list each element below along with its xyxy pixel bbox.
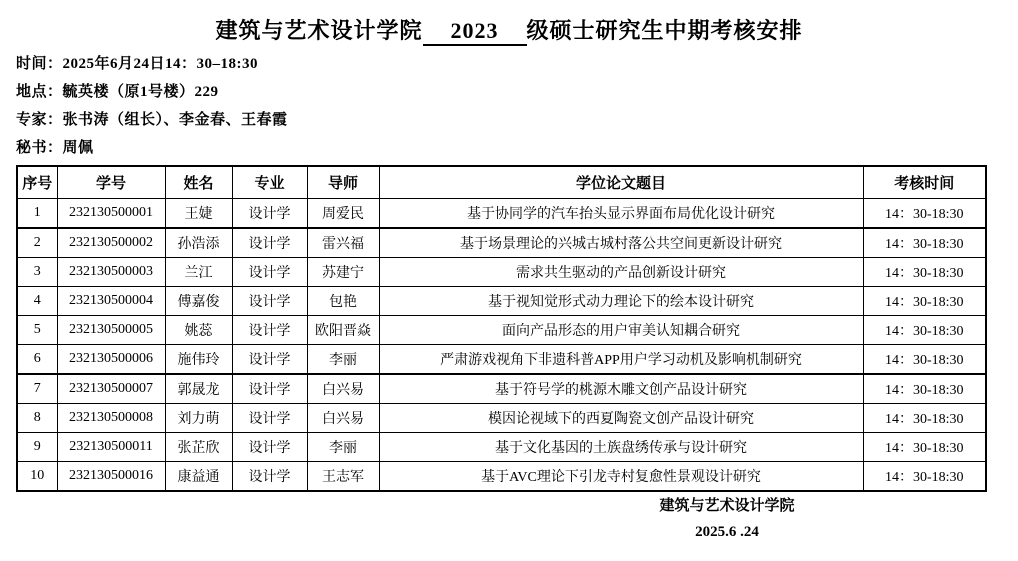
cell-major: 设计学 [232,345,307,375]
cell-index: 8 [17,404,57,433]
cell-student-id: 232130500003 [57,258,165,287]
column-header-mentor: 导师 [307,166,379,199]
cell-assessment-time: 14：30-18:30 [863,404,986,433]
cell-name: 王婕 [165,199,232,229]
cell-assessment-time: 14：30-18:30 [863,199,986,229]
cell-major: 设计学 [232,462,307,492]
cell-index: 3 [17,258,57,287]
info-block: 时间：2025年6月24日14：30–18:30 地点：毓英楼（原1号楼）229… [16,50,1018,162]
cell-mentor: 白兴易 [307,404,379,433]
info-line-location: 地点：毓英楼（原1号楼）229 [16,78,1018,106]
cell-major: 设计学 [232,374,307,404]
table-header-row: 序号 学号 姓名 专业 导师 学位论文题目 考核时间 [17,166,986,199]
table-row: 6232130500006施伟玲设计学李丽严肃游戏视角下非遗科普APP用户学习动… [17,345,986,375]
cell-index: 7 [17,374,57,404]
cell-thesis-title: 严肃游戏视角下非遗科普APP用户学习动机及影响机制研究 [379,345,863,375]
cell-major: 设计学 [232,316,307,345]
cell-assessment-time: 14：30-18:30 [863,316,986,345]
cell-mentor: 苏建宁 [307,258,379,287]
cell-mentor: 欧阳晋焱 [307,316,379,345]
cell-thesis-title: 基于场景理论的兴城古城村落公共空间更新设计研究 [379,228,863,258]
cell-mentor: 雷兴福 [307,228,379,258]
column-header-thesis-title: 学位论文题目 [379,166,863,199]
cell-major: 设计学 [232,433,307,462]
cell-student-id: 232130500005 [57,316,165,345]
cell-student-id: 232130500011 [57,433,165,462]
cell-assessment-time: 14：30-18:30 [863,462,986,492]
cell-index: 6 [17,345,57,375]
cell-index: 5 [17,316,57,345]
cell-student-id: 232130500006 [57,345,165,375]
cell-name: 康益通 [165,462,232,492]
document-page: 建筑与艺术设计学院2023级硕士研究生中期考核安排 时间：2025年6月24日1… [0,0,1018,561]
cell-index: 10 [17,462,57,492]
cell-student-id: 232130500001 [57,199,165,229]
cell-thesis-title: 模因论视域下的西夏陶瓷文创产品设计研究 [379,404,863,433]
cell-major: 设计学 [232,404,307,433]
cell-name: 刘力萌 [165,404,232,433]
info-line-time: 时间：2025年6月24日14：30–18:30 [16,50,1018,78]
cell-major: 设计学 [232,287,307,316]
cell-mentor: 李丽 [307,433,379,462]
cell-student-id: 232130500004 [57,287,165,316]
cell-mentor: 李丽 [307,345,379,375]
cell-name: 兰江 [165,258,232,287]
cell-index: 4 [17,287,57,316]
column-header-major: 专业 [232,166,307,199]
column-header-index: 序号 [17,166,57,199]
cell-student-id: 232130500016 [57,462,165,492]
cell-major: 设计学 [232,258,307,287]
cell-index: 9 [17,433,57,462]
cell-name: 郭晟龙 [165,374,232,404]
cell-assessment-time: 14：30-18:30 [863,374,986,404]
cell-thesis-title: 需求共生驱动的产品创新设计研究 [379,258,863,287]
assessment-schedule-table: 序号 学号 姓名 专业 导师 学位论文题目 考核时间 1232130500001… [16,165,987,492]
info-line-secretary: 秘书：周佩 [16,134,1018,162]
signature-block: 建筑与艺术设计学院 2025.6 .24 [612,493,842,545]
cell-assessment-time: 14：30-18:30 [863,345,986,375]
cell-mentor: 白兴易 [307,374,379,404]
cell-name: 孙浩添 [165,228,232,258]
cell-thesis-title: 基于符号学的桃源木雕文创产品设计研究 [379,374,863,404]
cell-thesis-title: 基于AVC理论下引龙寺村复愈性景观设计研究 [379,462,863,492]
page-title: 建筑与艺术设计学院2023级硕士研究生中期考核安排 [0,14,1018,46]
table-row: 7232130500007郭晟龙设计学白兴易基于符号学的桃源木雕文创产品设计研究… [17,374,986,404]
title-year: 2023 [423,18,527,46]
cell-name: 张芷欣 [165,433,232,462]
table-row: 10232130500016康益通设计学王志军基于AVC理论下引龙寺村复愈性景观… [17,462,986,492]
cell-assessment-time: 14：30-18:30 [863,287,986,316]
cell-thesis-title: 基于文化基因的土族盘绣传承与设计研究 [379,433,863,462]
cell-name: 傅嘉俊 [165,287,232,316]
cell-assessment-time: 14：30-18:30 [863,228,986,258]
table-body: 1232130500001王婕设计学周爱民基于协同学的汽车抬头显示界面布局优化设… [17,199,986,492]
cell-name: 施伟玲 [165,345,232,375]
info-line-experts: 专家：张书涛（组长）、李金春、王春霞 [16,106,1018,134]
signature-org: 建筑与艺术设计学院 [612,493,842,519]
column-header-name: 姓名 [165,166,232,199]
cell-thesis-title: 面向产品形态的用户审美认知耦合研究 [379,316,863,345]
cell-student-id: 232130500007 [57,374,165,404]
table-row: 1232130500001王婕设计学周爱民基于协同学的汽车抬头显示界面布局优化设… [17,199,986,229]
cell-major: 设计学 [232,228,307,258]
signature-date: 2025.6 .24 [612,519,842,545]
cell-thesis-title: 基于视知觉形式动力理论下的绘本设计研究 [379,287,863,316]
table-row: 4232130500004傅嘉俊设计学包艳基于视知觉形式动力理论下的绘本设计研究… [17,287,986,316]
table-row: 9232130500011张芷欣设计学李丽基于文化基因的土族盘绣传承与设计研究1… [17,433,986,462]
cell-index: 2 [17,228,57,258]
cell-index: 1 [17,199,57,229]
table-row: 2232130500002孙浩添设计学雷兴福基于场景理论的兴城古城村落公共空间更… [17,228,986,258]
title-suffix: 级硕士研究生中期考核安排 [527,18,803,43]
table-row: 3232130500003兰江设计学苏建宁需求共生驱动的产品创新设计研究14：3… [17,258,986,287]
title-prefix: 建筑与艺术设计学院 [215,18,422,43]
column-header-assessment-time: 考核时间 [863,166,986,199]
cell-assessment-time: 14：30-18:30 [863,258,986,287]
cell-mentor: 周爱民 [307,199,379,229]
table-row: 8232130500008刘力萌设计学白兴易模因论视域下的西夏陶瓷文创产品设计研… [17,404,986,433]
cell-mentor: 王志军 [307,462,379,492]
column-header-student-id: 学号 [57,166,165,199]
cell-assessment-time: 14：30-18:30 [863,433,986,462]
cell-major: 设计学 [232,199,307,229]
cell-mentor: 包艳 [307,287,379,316]
cell-name: 姚蕊 [165,316,232,345]
cell-thesis-title: 基于协同学的汽车抬头显示界面布局优化设计研究 [379,199,863,229]
cell-student-id: 232130500002 [57,228,165,258]
cell-student-id: 232130500008 [57,404,165,433]
table-row: 5232130500005姚蕊设计学欧阳晋焱面向产品形态的用户审美认知耦合研究1… [17,316,986,345]
